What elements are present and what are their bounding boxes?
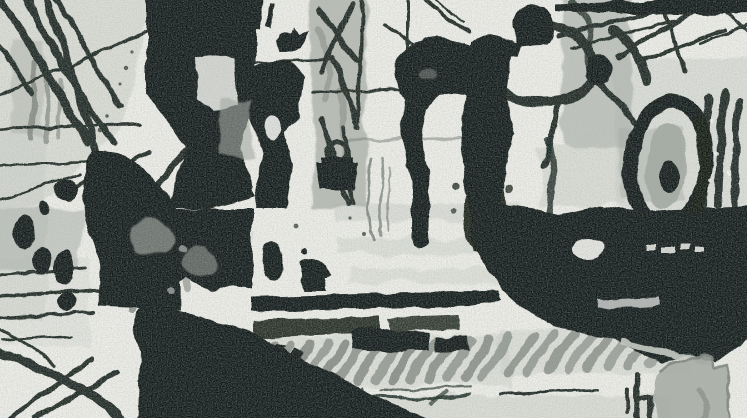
paper-grain	[0, 0, 747, 418]
ink-painting	[0, 0, 747, 418]
ink-painting-canvas	[0, 0, 747, 418]
